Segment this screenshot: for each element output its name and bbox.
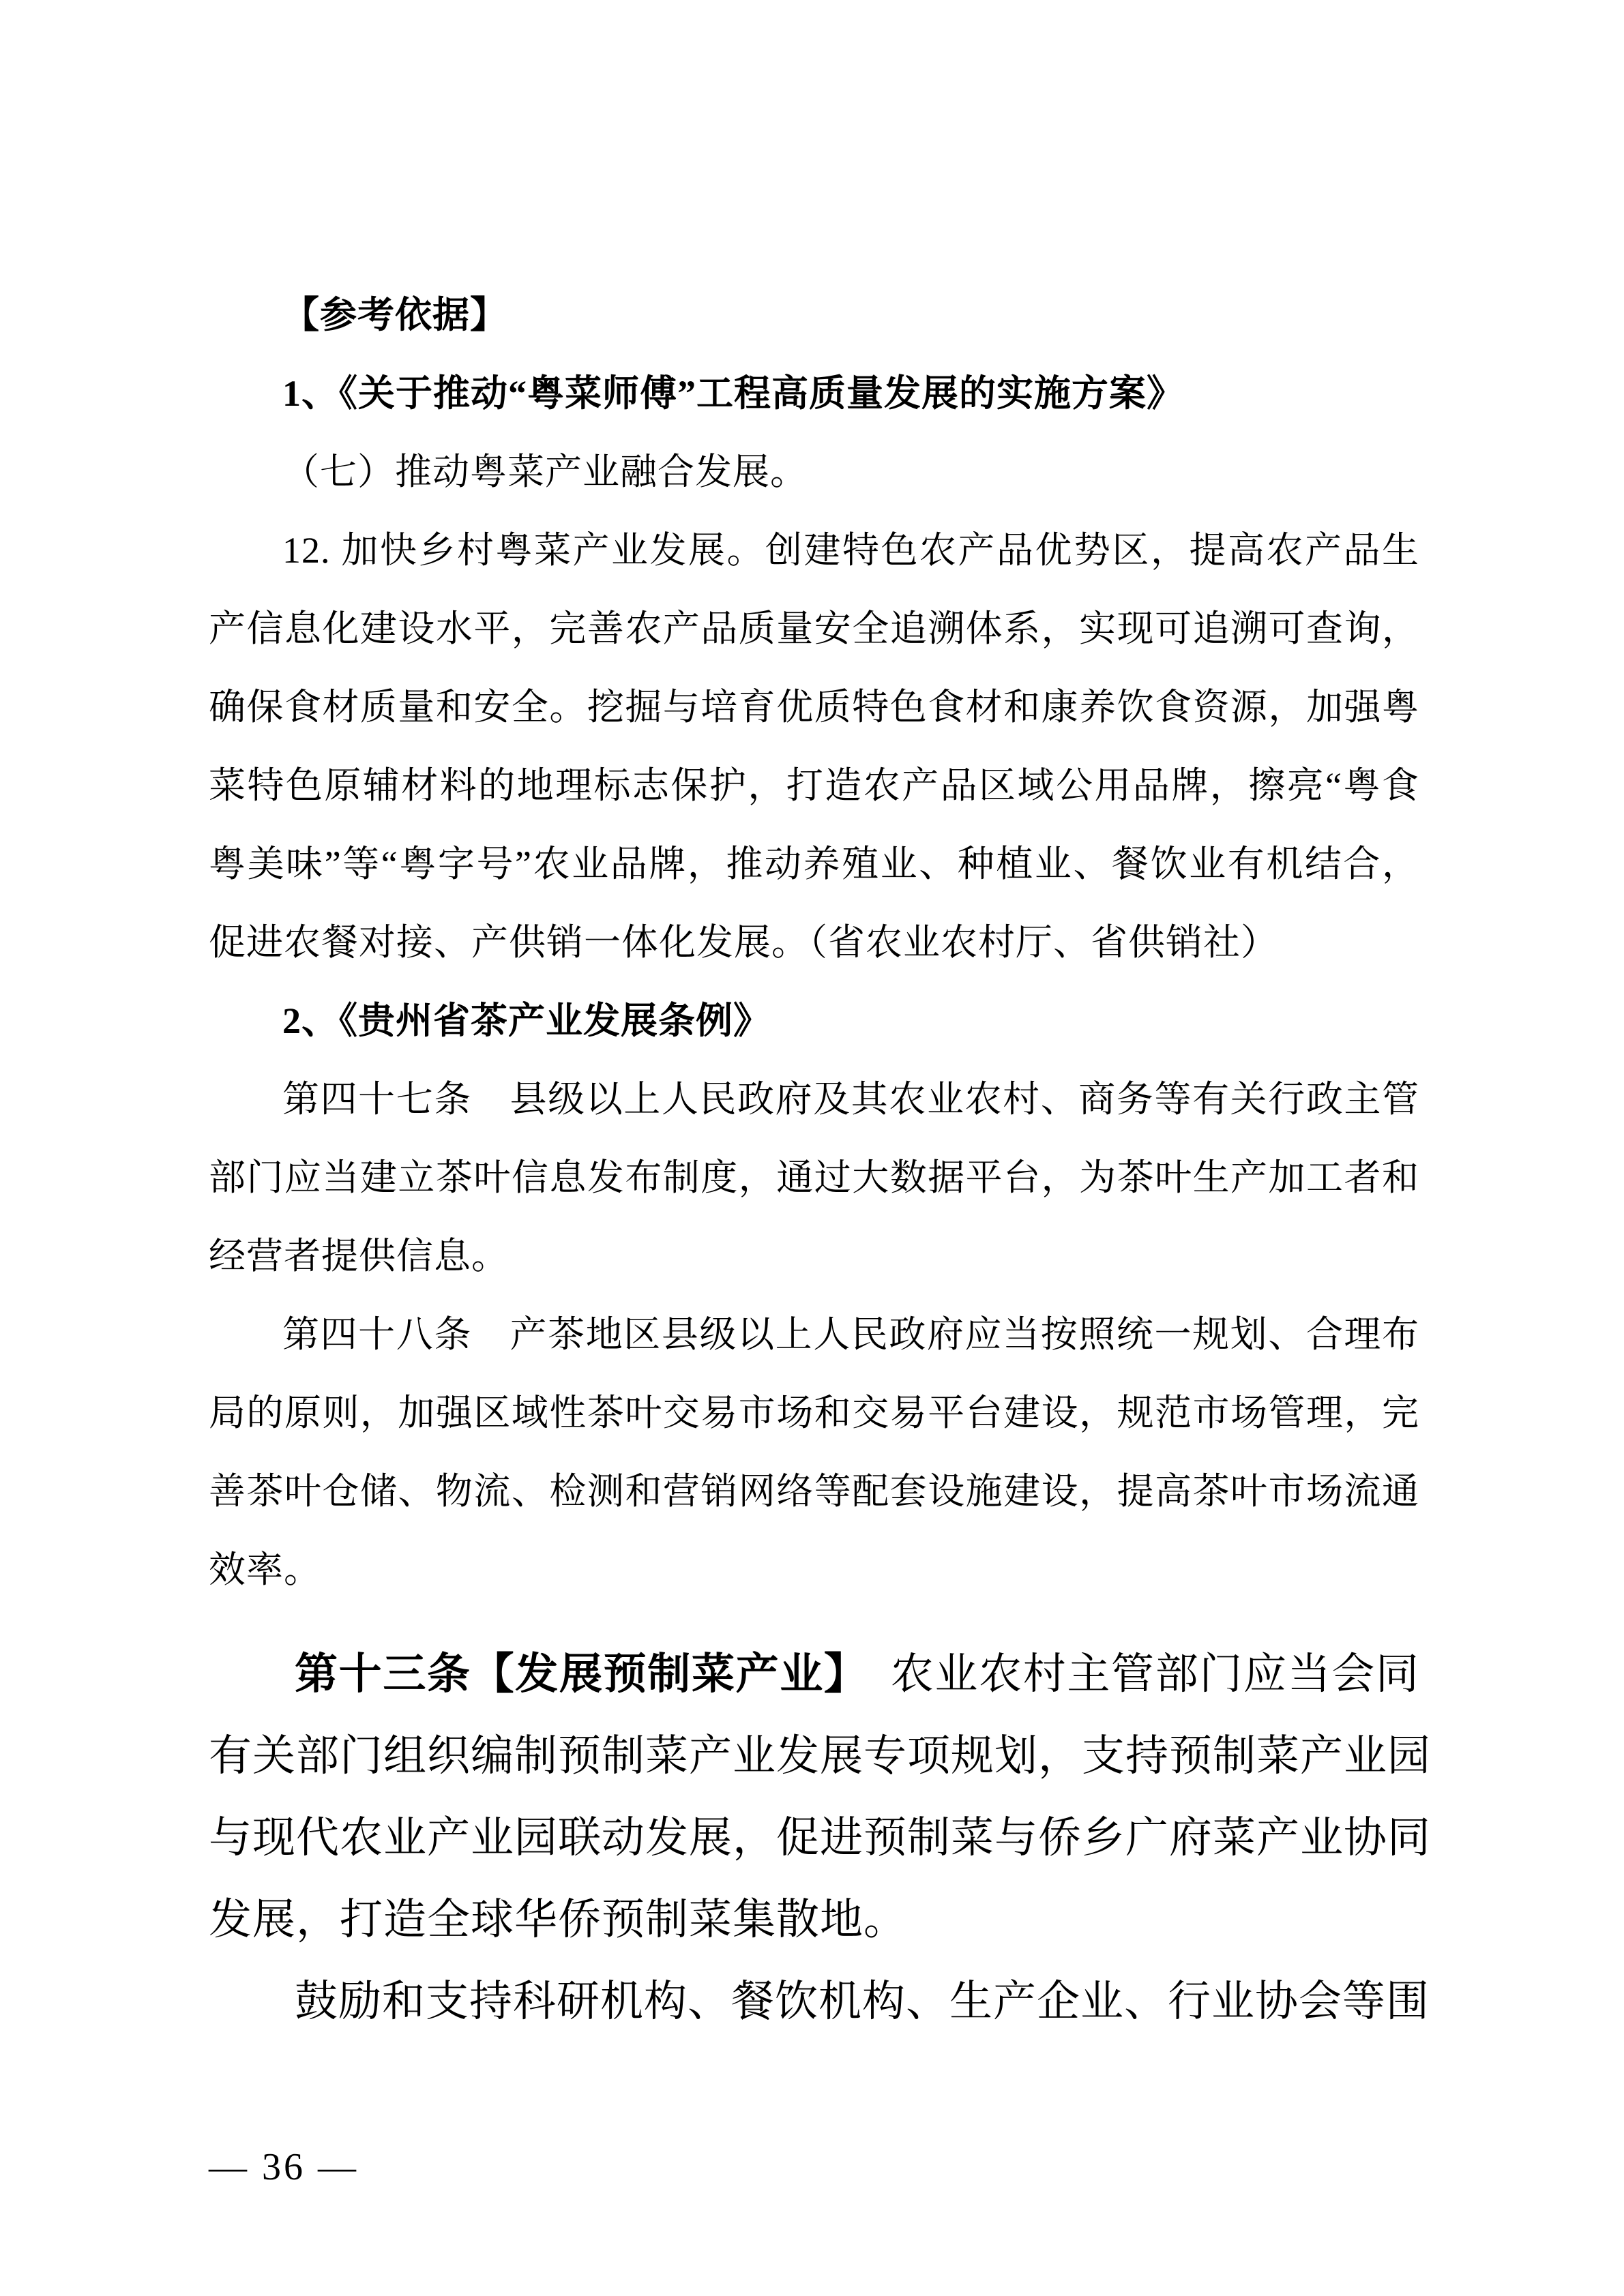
text-line: 第四十七条 县级以上人民政府及其农业农村、商务等有关行政主管 — [209, 1060, 1419, 1139]
text-line: 促进农餐对接、产供销一体化发展。（省农业农村厅、省供销社） — [209, 904, 1419, 982]
text-line: 产信息化建设水平，完善农产品质量安全追溯体系，实现可追溯可查询， — [209, 590, 1419, 668]
text-line: （七）推动粤菜产业融合发展。 — [209, 433, 1419, 511]
document-body: 【参考依据】1、《关于推动“粤菜师傅”工程高质量发展的实施方案》（七）推动粤菜产… — [209, 276, 1419, 2042]
text-line: 确保食材质量和安全。挖掘与培育优质特色食材和康养饮食资源，加强粤 — [209, 668, 1419, 747]
text-line: 善茶叶仓储、物流、检测和营销网络等配套设施建设，提高茶叶市场流通 — [209, 1452, 1419, 1531]
text-line: 局的原则，加强区域性茶叶交易市场和交易平台建设，规范市场管理，完 — [209, 1374, 1419, 1452]
text-line: 菜特色原辅材料的地理标志保护，打造农产品区域公用品牌，擦亮“粤食 — [209, 747, 1419, 825]
article-heading: 第十三条【发展预制菜产业】 — [295, 1650, 846, 1698]
text-line: 第四十八条 产茶地区县级以上人民政府应当按照统一规划、合理布 — [209, 1296, 1419, 1374]
text-line: 2、《贵州省茶产业发展条例》 — [209, 982, 1419, 1060]
text-line: 12. 加快乡村粤菜产业发展。创建特色农产品优势区，提高农产品生 — [209, 511, 1419, 590]
text-line: 【参考依据】 — [209, 276, 1419, 355]
text-line: 第十三条【发展预制菜产业】 农业农村主管部门应当会同 — [209, 1633, 1419, 1715]
document-page: 【参考依据】1、《关于推动“粤菜师傅”工程高质量发展的实施方案》（七）推动粤菜产… — [0, 0, 1624, 2296]
page-number: — 36 — — [209, 2146, 359, 2188]
page-footer: — 36 — — [209, 2143, 359, 2191]
text-line: 部门应当建立茶叶信息发布制度，通过大数据平台，为茶叶生产加工者和 — [209, 1139, 1419, 1217]
text-line: 经营者提供信息。 — [209, 1217, 1419, 1296]
text-line: 粤美味”等“粤字号”农业品牌，推动养殖业、种植业、餐饮业有机结合， — [209, 825, 1419, 904]
text-line: 鼓励和支持科研机构、餐饮机构、生产企业、行业协会等围 — [209, 1960, 1419, 2042]
section-article-13-prepared-dishes: 第十三条【发展预制菜产业】 农业农村主管部门应当会同有关部门组织编制预制菜产业发… — [209, 1633, 1419, 2042]
text-line: 有关部门组织编制预制菜产业发展专项规划，支持预制菜产业园 — [209, 1715, 1419, 1797]
text-line: 与现代农业产业园联动发展，促进预制菜与侨乡广府菜产业协同 — [209, 1797, 1419, 1879]
text-line: 1、《关于推动“粤菜师傅”工程高质量发展的实施方案》 — [209, 355, 1419, 433]
text-line: 效率。 — [209, 1531, 1419, 1609]
text-line: 发展，打造全球华侨预制菜集散地。 — [209, 1879, 1419, 1960]
section-reference-basis: 【参考依据】1、《关于推动“粤菜师傅”工程高质量发展的实施方案》（七）推动粤菜产… — [209, 276, 1419, 1609]
